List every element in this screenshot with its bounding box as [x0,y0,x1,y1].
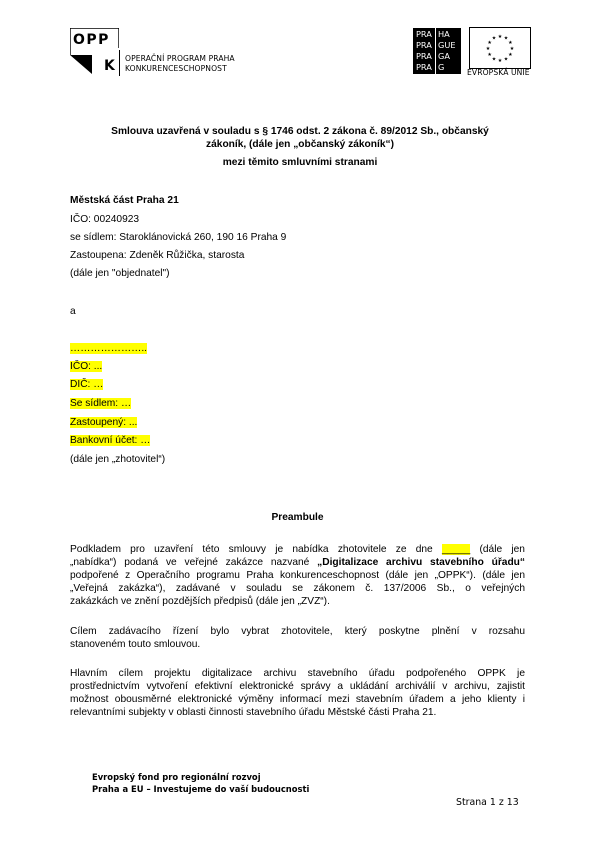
praha-text: G [438,62,456,73]
praha-text: PRA [416,29,432,40]
praha-logo-separator [435,28,436,74]
praha-text: HA [438,29,456,40]
praha-text: PRA [416,62,432,73]
footer-line2: Praha a EU – Investujeme do vaší budoucn… [92,783,309,795]
svg-text:★: ★ [487,52,492,58]
p1-line3: podpořené z Operačního programu Praha ko… [70,569,525,582]
party1-alias: (dále jen "objednatel") [70,267,170,280]
p2-line1: Cílem zadávacího řízení bylo vybrat zhot… [70,625,525,638]
p3-line2: prostřednictvím vytvoření efektivní elek… [70,680,525,693]
oppk-logo: OPP K [70,28,119,74]
p3-line3: možnost obousměrné elektronické výměny i… [70,693,525,706]
oppk-divider [119,50,120,76]
party2-represented: Zastoupený: ... [70,417,137,428]
party2-name-placeholder: ………………….. [70,343,147,354]
project-name: „Digitalizace archivu stavebního úřadu“ [317,557,525,568]
svg-text:★: ★ [508,52,513,58]
contract-title-line2: zákoník, (dále jen „občanský zákoník“) [80,138,520,151]
oppk-line1: OPERAČNÍ PROGRAM PRAHA [125,54,235,64]
p1-line2: „nabídka“) podaná ve veřejné zakázce naz… [70,556,525,569]
contract-title-line3: mezi těmito smluvními stranami [80,156,520,169]
svg-text:★: ★ [486,46,491,52]
svg-text:★: ★ [492,36,497,42]
contract-title-line1: Smlouva uzavřená v souladu s § 1746 odst… [80,125,520,138]
party2-ico: IČO: ... [70,361,102,372]
oppk-logo-text: OPERAČNÍ PROGRAM PRAHA KONKURENCESCHOPNO… [125,54,235,73]
party1-ico: IČO: 00240923 [70,213,139,226]
party2-alias: (dále jen „zhotovitel“) [70,453,165,466]
svg-text:OPP: OPP [73,32,110,48]
svg-text:★: ★ [492,56,497,62]
svg-text:★: ★ [504,56,509,62]
party2-bank-account: Bankovní účet: … [70,435,150,446]
party1-seat: se sídlem: Staroklánovická 260, 190 16 P… [70,231,286,244]
praha-logo: PRA PRA PRA PRA HA GUE GA G [413,28,461,74]
party2-dic: DIČ: … [70,379,103,390]
party2-seat: Se sídlem: … [70,398,131,409]
svg-text:K: K [104,58,116,74]
preamble-paragraph-3: Hlavním cílem projektu digitalizace arch… [70,667,525,719]
praha-text: GUE [438,40,456,51]
party1-represented: Zastoupena: Zdeněk Růžička, starosta [70,249,244,262]
offer-date-blank: _____ [442,544,470,555]
p1-line4: „Veřejná zakázka“), zadávané v souladu s… [70,582,525,595]
p1-line1: Podkladem pro uzavření této smlouvy je n… [70,543,525,556]
praha-text: GA [438,51,456,62]
p3-line4: relevantními subjekty v oblasti činnosti… [70,706,525,719]
preamble-paragraph-2: Cílem zadávacího řízení bylo vybrat zhot… [70,625,525,651]
p1-line5: zakázkách ve znění pozdějších předpisů (… [70,595,525,608]
footer-line1: Evropský fond pro regionální rozvoj [92,771,261,783]
eu-stars-icon: ★★★★★★★★★★★★ [470,28,530,68]
eu-label: EVROPSKÁ UNIE [467,68,530,77]
oppk-line2: KONKURENCESCHOPNOST [125,64,235,74]
svg-text:★: ★ [498,34,503,40]
conjunction: a [70,305,76,318]
page-number: Strana 1 z 13 [456,797,519,808]
party1-name: Městská část Praha 21 [70,194,179,207]
preamble-heading: Preambule [70,511,525,524]
p2-line2: stanoveném touto smlouvou. [70,638,525,651]
praha-text: PRA [416,51,432,62]
p3-line1: Hlavním cílem projektu digitalizace arch… [70,667,525,680]
svg-text:★: ★ [498,58,503,64]
oppk-logo-mark-icon: OPP K [70,28,119,74]
praha-text: PRA [416,40,432,51]
preamble-paragraph-1: Podkladem pro uzavření této smlouvy je n… [70,543,525,608]
eu-flag: ★★★★★★★★★★★★ [469,27,531,69]
